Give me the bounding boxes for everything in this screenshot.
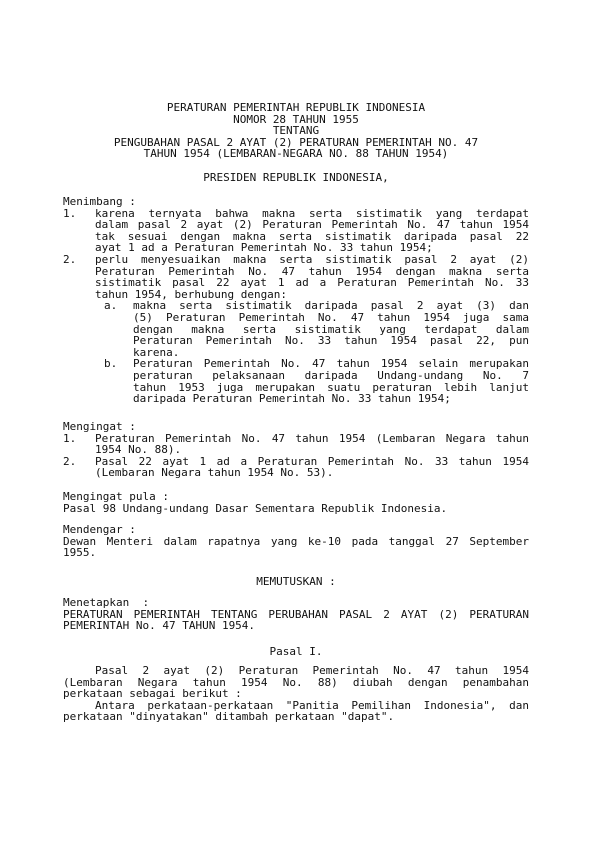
mengingat-section-label: 1. (63, 433, 76, 445)
menimbang-section-label: 1. (63, 208, 76, 220)
mendengar-section-line: 1955. (63, 547, 96, 559)
pasal-i-body-line: Pasal 2 ayat (2) Peraturan Pemerintah No… (95, 665, 529, 677)
presiden-heading-line: PRESIDEN REPUBLIK INDONESIA, (63, 172, 529, 184)
menimbang-section-line: (5) Peraturan Pemerintah No. 47 tahun 19… (133, 312, 529, 324)
menimbang-section-line: Peraturan Pemerintah No. 33 tahun 1954 p… (133, 335, 529, 347)
document-page: PERATURAN PEMERINTAH REPUBLIK INDONESIAN… (0, 0, 595, 842)
mengingat-pula-section-line: Mengingat pula : (63, 491, 169, 503)
mendengar-section-line: Dewan Menteri dalam rapatnya yang ke-10 … (63, 536, 529, 548)
mengingat-section-label: 2. (63, 456, 76, 468)
menetapkan-section-line: Menetapkan : (63, 597, 149, 609)
menimbang-section-line: Menimbang : (63, 196, 136, 208)
mengingat-section-line: Mengingat : (63, 421, 136, 433)
memutuskan-heading-line: MEMUTUSKAN : (63, 576, 529, 588)
menimbang-section-label: a. (104, 300, 117, 312)
menetapkan-section-line: PEMERINTAH No. 47 TAHUN 1954. (63, 620, 255, 632)
menimbang-section-label: b. (104, 358, 117, 370)
mengingat-pula-section-line: Pasal 98 Undang-undang Dasar Sementara R… (63, 503, 447, 515)
mengingat-section-line: (Lembaran Negara tahun 1954 No. 53). (95, 467, 333, 479)
menimbang-section-line: peraturan pelaksanaan daripada Undang-un… (133, 370, 529, 382)
doc-title-line: PERATURAN PEMERINTAH REPUBLIK INDONESIA (63, 102, 529, 114)
menimbang-section-line: daripada Peraturan Pemerintah No. 33 tah… (133, 393, 451, 405)
menimbang-section-line: perlu menyesuaikan makna serta sistimati… (95, 254, 529, 266)
mendengar-section-line: Mendengar : (63, 524, 136, 536)
menimbang-section-label: 2. (63, 254, 76, 266)
pasal-i-heading-line: Pasal I. (63, 646, 529, 658)
doc-title-line: TAHUN 1954 (LEMBARAN-NEGARA NO. 88 TAHUN… (63, 148, 529, 160)
pasal-i-body-line: perkataan "dinyatakan" ditambah perkataa… (63, 711, 394, 723)
